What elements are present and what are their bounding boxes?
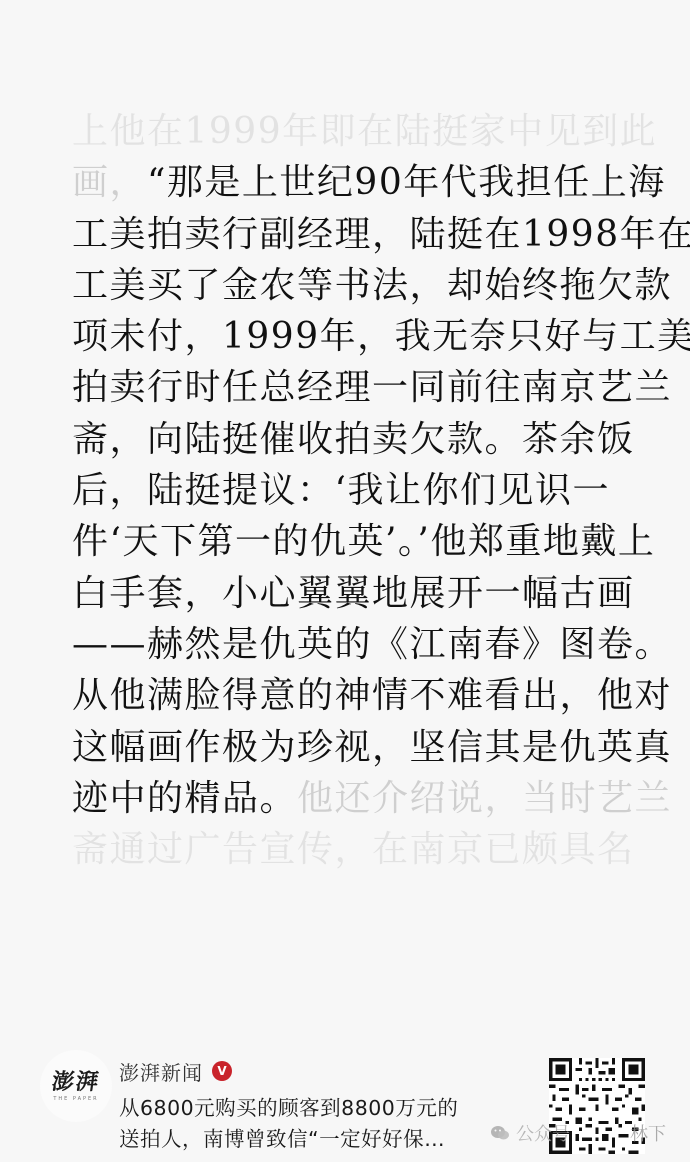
watermark: 公众号 [490, 1120, 570, 1146]
quote-text: 拍卖行时任总经理一同前往南京艺兰 [72, 367, 672, 408]
logo-mark: 澎湃 [50, 1070, 101, 1094]
article-headline[interactable]: 从6800元购买的顾客到8800万元的 送拍人，南博曾致信“一定好好保… [119, 1093, 519, 1155]
faded-text: 斋通过广告宣传，在南京已颇具名 [72, 829, 635, 870]
headline-line-1: 从6800元购买的顾客到8800万元的 [119, 1093, 519, 1124]
article-line-3: 工美拍卖行副经理，陆挺在1998年在 [72, 209, 624, 260]
faded-text: 他还介绍说，当时艺兰 [297, 778, 672, 819]
account-avatar[interactable]: 澎湃 THE PAPER [40, 1050, 112, 1122]
verified-badge-icon: V [212, 1061, 232, 1081]
quote-text: 后，陆挺提议：‘我让你们见识一 [72, 470, 610, 511]
article-line-2: 画，“那是上世纪90年代我担任上海 [72, 157, 624, 208]
article-line-12: 从他满脸得意的神情不难看出，他对 [72, 670, 624, 721]
article-line-6: 拍卖行时任总经理一同前往南京艺兰 [72, 362, 624, 413]
article-line-15: 斋通过广告宣传，在南京已颇具名 [72, 824, 624, 875]
account-name[interactable]: 澎湃新闻 [119, 1057, 203, 1086]
headline-line-2: 送拍人，南博曾致信“一定好好保… [119, 1124, 519, 1155]
share-card[interactable]: 澎湃 THE PAPER 澎湃新闻 V 从6800元购买的顾客到8800万元的 … [0, 1040, 690, 1162]
account-row: 澎湃新闻 V [119, 1057, 232, 1085]
wechat-icon [490, 1125, 510, 1141]
logo-subtitle: THE PAPER [53, 1096, 98, 1102]
watermark-tail: 林下 [630, 1120, 666, 1146]
quote-text: 项未付，1999年，我无奈只好与工美 [72, 316, 690, 357]
quote-text: 工美拍卖行副经理，陆挺在1998年在 [72, 214, 690, 255]
article-line-4: 工美买了金农等书法，却始终拖欠款 [72, 260, 624, 311]
article-line-7: 斋，向陆挺催收拍卖欠款。茶余饭 [72, 414, 624, 465]
quote-text: 从他满脸得意的神情不难看出，他对 [72, 675, 672, 716]
article-body: 上他在1999年即在陆挺家中见到此 画，“那是上世纪90年代我担任上海 工美拍卖… [72, 106, 624, 875]
article-line-1: 上他在1999年即在陆挺家中见到此 [72, 106, 624, 157]
watermark-label: 公众号 [516, 1120, 570, 1146]
quote-text: 斋，向陆挺催收拍卖欠款。茶余饭 [72, 419, 635, 460]
article-line-8: 后，陆挺提议：‘我让你们见识一 [72, 465, 624, 516]
quote-text: 迹中的精品。 [72, 778, 297, 819]
faded-text: 画， [72, 162, 147, 203]
quote-text: ——赫然是仇英的《江南春》图卷。 [72, 624, 672, 665]
article-line-5: 项未付，1999年，我无奈只好与工美 [72, 311, 624, 362]
quote-text: “那是上世纪90年代我担任上海 [147, 162, 666, 203]
article-line-13: 这幅画作极为珍视，坚信其是仇英真 [72, 722, 624, 773]
quote-text: 件‘天下第一的仇英’。’他郑重地戴上 [72, 521, 655, 562]
article-line-11: ——赫然是仇英的《江南春》图卷。 [72, 619, 624, 670]
quote-text: 工美买了金农等书法，却始终拖欠款 [72, 265, 672, 306]
faded-text: 上他在1999年即在陆挺家中见到此 [72, 111, 657, 152]
article-line-14: 迹中的精品。他还介绍说，当时艺兰 [72, 773, 624, 824]
quote-text: 这幅画作极为珍视，坚信其是仇英真 [72, 727, 672, 768]
quote-text: 白手套，小心翼翼地展开一幅古画 [72, 573, 635, 614]
article-line-10: 白手套，小心翼翼地展开一幅古画 [72, 568, 624, 619]
article-line-9: 件‘天下第一的仇英’。’他郑重地戴上 [72, 516, 624, 567]
